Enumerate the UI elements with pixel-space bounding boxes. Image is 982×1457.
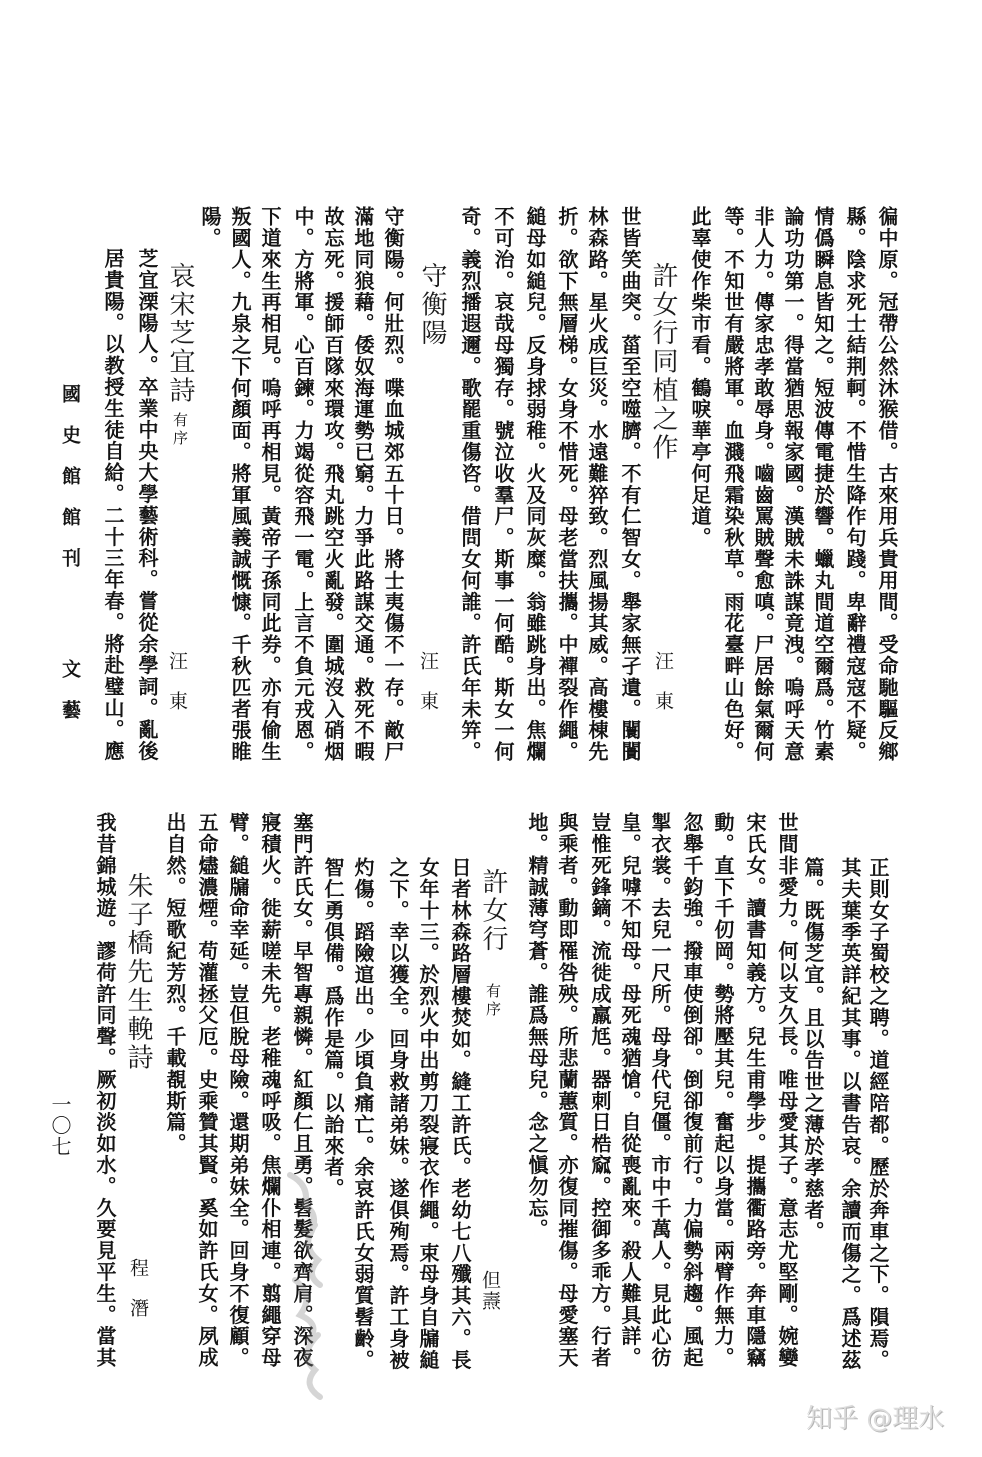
poem-column: 奇。義烈播遐邇。歌罷重傷咨。借問女何誰。許氏年未笄。: [455, 206, 485, 762]
poem-column: 豈惟死鋒鏑。流徙成羸尪。器刺日梏窳。控御多乖方。行者: [585, 812, 615, 1368]
preface-column: 女年十三。於烈火中出剪刀裂寢衣作繩。束母身自牖縋: [413, 857, 443, 1371]
journal-header: 國史館館刊: [55, 384, 85, 589]
scanned-book-page: 徧中原。冠帶公然沐猴借。古來用兵貴用間。受命馳驅反鄉 縣。陰求死士結荆軻。不惜生…: [0, 0, 982, 1457]
poem-title: 許女行同植之作: [646, 262, 680, 462]
poem-column: 折。欲下無層梯。女身不惜死。母老當扶攜。中襌裂作繩。: [552, 206, 582, 762]
poem-column: 下道來生再相見。嗚呼再相見。黃帝子孫同此券。亦有偷生: [255, 206, 285, 762]
poem-author: 程潛: [123, 1258, 153, 1338]
poem-column: 忽舉千鈞強。撥車使倒卻。倒卻復前行。力偏勢斜趨。風起: [677, 812, 707, 1368]
poem-column: 皇。兒嘑不知母。母死魂猶愴。自從喪亂來。殺人難具詳。: [615, 812, 645, 1368]
preface-column: 之下。幸以獲全。回身救諸弟妹。遂俱殉焉。許工身被: [383, 857, 413, 1371]
continued-poem-column: 此辜使作柴市看。鶴唳華亭何足道。: [685, 206, 715, 548]
title-note: 有序: [483, 983, 503, 1019]
poem-column: 縋母如縋兒。反身捄弱稚。火及同灰糜。翁雖跳身出。焦爛: [520, 206, 550, 762]
poem-column: 五命燼濃煙。苟灌拯父厄。史乘贊其賢。奚如許氏女。夙成: [192, 812, 222, 1368]
poem-column: 臂。縋牖命幸延。豈但脫母險。還期弟妹全。回身不復顧。: [223, 812, 253, 1368]
poem-column: 宋氏女。讀書知義方。兒生甫學步。提攜衢路旁。奔車隱竊: [740, 812, 770, 1368]
continued-poem-column: 論功功第一。得當猶思報家國。漢賊未誅謀竟洩。嗚呼天意: [778, 206, 808, 762]
poem-column: 世間非愛力。何以支久長。唯母愛其子。意志尤堅剛。婉孌: [772, 812, 802, 1368]
poem-column: 掣衣裳。去兒一尺所。母身代兒僵。市中千萬人。見此心彷: [645, 812, 675, 1368]
poem-column: 動。直下千仞岡。勢將壓其兒。奮起以身當。兩臂作無力。: [708, 812, 738, 1368]
preface-column: 灼傷。蹈險逭出。少頃負痛亡。余哀許氏女弱質髫齡。: [348, 857, 378, 1371]
poem-title: 許女行: [476, 868, 510, 954]
poem-author: 但燾: [475, 1270, 505, 1312]
preface-column: 芝宜溧陽人。卒業中央大學藝術科。嘗從余學詞。亂後: [132, 248, 162, 762]
poem-author: 汪東: [162, 651, 192, 731]
poem-column: 我昔錦城遊。謬荷許同聲。厥初淡如水。久要見平生。當其: [90, 812, 120, 1368]
preface-column: 正則女子蜀校之聘。道經陪都。歷於奔車之下。隕焉。: [863, 857, 893, 1371]
poem-column: 與乘者。動即罹咎殃。所悲蘭蕙質。亦復同摧傷。母愛塞天: [552, 812, 582, 1368]
poem-title: 哀宋芝宜詩: [163, 262, 197, 405]
poem-column: 出自然。短歌紀芳烈。千載覩斯篇。: [160, 812, 190, 1154]
poem-author: 汪東: [648, 651, 678, 731]
page-number: 一〇七: [45, 1094, 75, 1157]
preface-column: 居貴陽。以教授生徒自給。二十三年春。將赴璧山。應: [98, 248, 128, 762]
poem-column: 世皆笑曲突。菑至空噬臍。不有仁智女。舉家無孑遺。闤闠: [615, 206, 645, 762]
preface-column: 其夫葉季英詳紀其事。以書告哀。余讀而傷之。爲述茲: [835, 857, 865, 1371]
poem-column: 中。方將軍。心百鍊。力竭從容飛一電。上言不負元戎恩。: [288, 206, 318, 762]
faint-stamp-mark: [280, 1165, 340, 1405]
preface-column: 篇。既傷芝宜。且以告世之薄於孝慈者。: [798, 857, 828, 1242]
poem-column: 不可治。哀哉母獨存。號泣收羣尸。斯事一何酷。斯女一何: [488, 206, 518, 762]
preface-column: 智仁勇俱備。爲作是篇。以詒來者。: [318, 857, 348, 1199]
poem-title: 朱子橋先生輓詩: [121, 872, 155, 1072]
poem-column: 林森路。星火成巨災。水遠難猝致。烈風揚其威。高樓棟先: [582, 206, 612, 762]
poem-column: 叛國人。九泉之下何顏面。將軍風義誠慨慷。千秋匹者張睢: [225, 206, 255, 762]
section-header: 文藝: [55, 659, 85, 741]
continued-poem-column: 情僞瞬息皆知之。短波傳電捷於響。蠟丸間道空爾爲。竹素: [808, 206, 838, 762]
continued-poem-column: 等。不知世有嚴將軍。血濺飛霜染秋草。雨花臺畔山色好。: [718, 206, 748, 762]
poem-title: 守衡陽: [415, 262, 449, 348]
stamp-icon: [280, 1165, 340, 1405]
continued-poem-column: 非人力。傳家忠孝敢辱身。嚙齒罵賊聲愈嗔。尸居餘氣爾何: [748, 206, 778, 762]
poem-column: 陽。: [195, 206, 225, 249]
title-note: 有序: [170, 412, 190, 448]
poem-column: 地。精誠薄穹蒼。誰爲無母兒。念之愼勿忘。: [522, 812, 552, 1240]
poem-author: 汪東: [413, 651, 443, 731]
preface-column: 日者林森路層樓焚如。縫工許氏。老幼七八殲其六。長: [445, 857, 475, 1371]
watermark: 知乎 @理水: [806, 1398, 944, 1435]
continued-poem-column: 徧中原。冠帶公然沐猴借。古來用兵貴用間。受命馳驅反鄉: [872, 206, 902, 762]
poem-column: 守衡陽。何壯烈。喋血城郊五十日。將士夷傷不一存。敵尸: [378, 206, 408, 762]
continued-poem-column: 縣。陰求死士結荆軻。不惜生降作句踐。卑辭禮寇寇不疑。: [840, 206, 870, 762]
poem-column: 滿地同狼藉。倭奴海運勢已窮。力爭此路謀交通。救死不暇: [348, 206, 378, 762]
poem-column: 故忘死。援師百隊來環攻。飛丸跳空火亂發。圍城沒入硝烟: [318, 206, 348, 762]
